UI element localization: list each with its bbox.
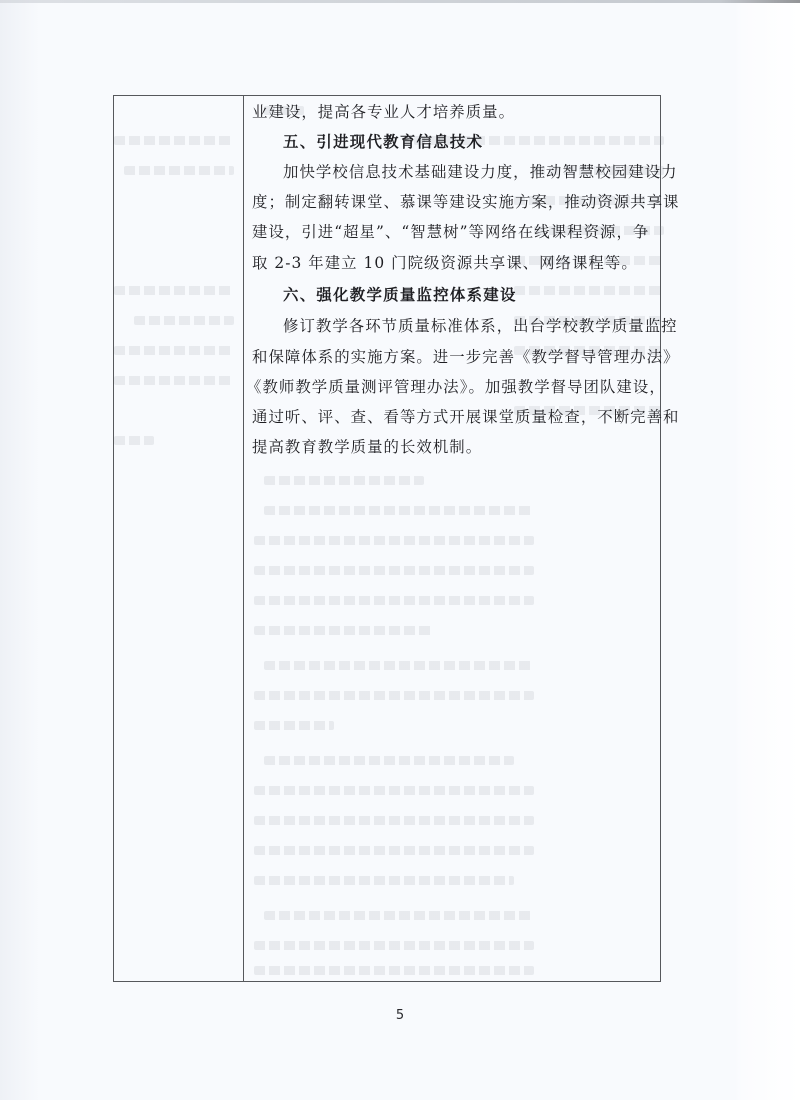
- page-number: 5: [0, 1008, 800, 1023]
- scanned-page: 业建设，提高各专业人才培养质量。 五、引进现代教育信息技术 加快学校信息技术基础…: [0, 0, 800, 1100]
- text-line: 《教师教学质量测评管理办法》。加强教学督导团队建设，: [246, 377, 666, 397]
- text-line: 加快学校信息技术基础建设力度，推动智慧校园建设力: [283, 162, 678, 182]
- column-divider: [243, 96, 244, 981]
- text-line: 和保障体系的实施方案。进一步完善《教学督导管理办法》: [252, 347, 679, 367]
- content-table: 业建设，提高各专业人才培养质量。 五、引进现代教育信息技术 加快学校信息技术基础…: [113, 95, 661, 982]
- table-left-cell: [114, 96, 243, 981]
- section-heading-6: 六、强化教学质量监控体系建设: [283, 285, 517, 305]
- text-line: 通过听、评、查、看等方式开展课堂质量检查，不断完善和: [252, 407, 679, 427]
- text-line: 修订教学各环节质量标准体系，出台学校教学质量监控: [283, 316, 678, 336]
- section-heading-5: 五、引进现代教育信息技术: [283, 132, 483, 152]
- scan-edge-shadow: [0, 0, 800, 3]
- text-line: 建设，引进“超星”、“智慧树”等网络在线课程资源，争: [252, 222, 649, 242]
- text-line: 提高教育教学质量的长效机制。: [252, 437, 482, 457]
- text-line: 取 2-3 年建立 10 门院级资源共享课、网络课程等。: [252, 253, 638, 273]
- text-line: 业建设，提高各专业人才培养质量。: [252, 102, 515, 122]
- text-line: 度；制定翻转课堂、慕课等建设实施方案，推动资源共享课: [252, 192, 679, 212]
